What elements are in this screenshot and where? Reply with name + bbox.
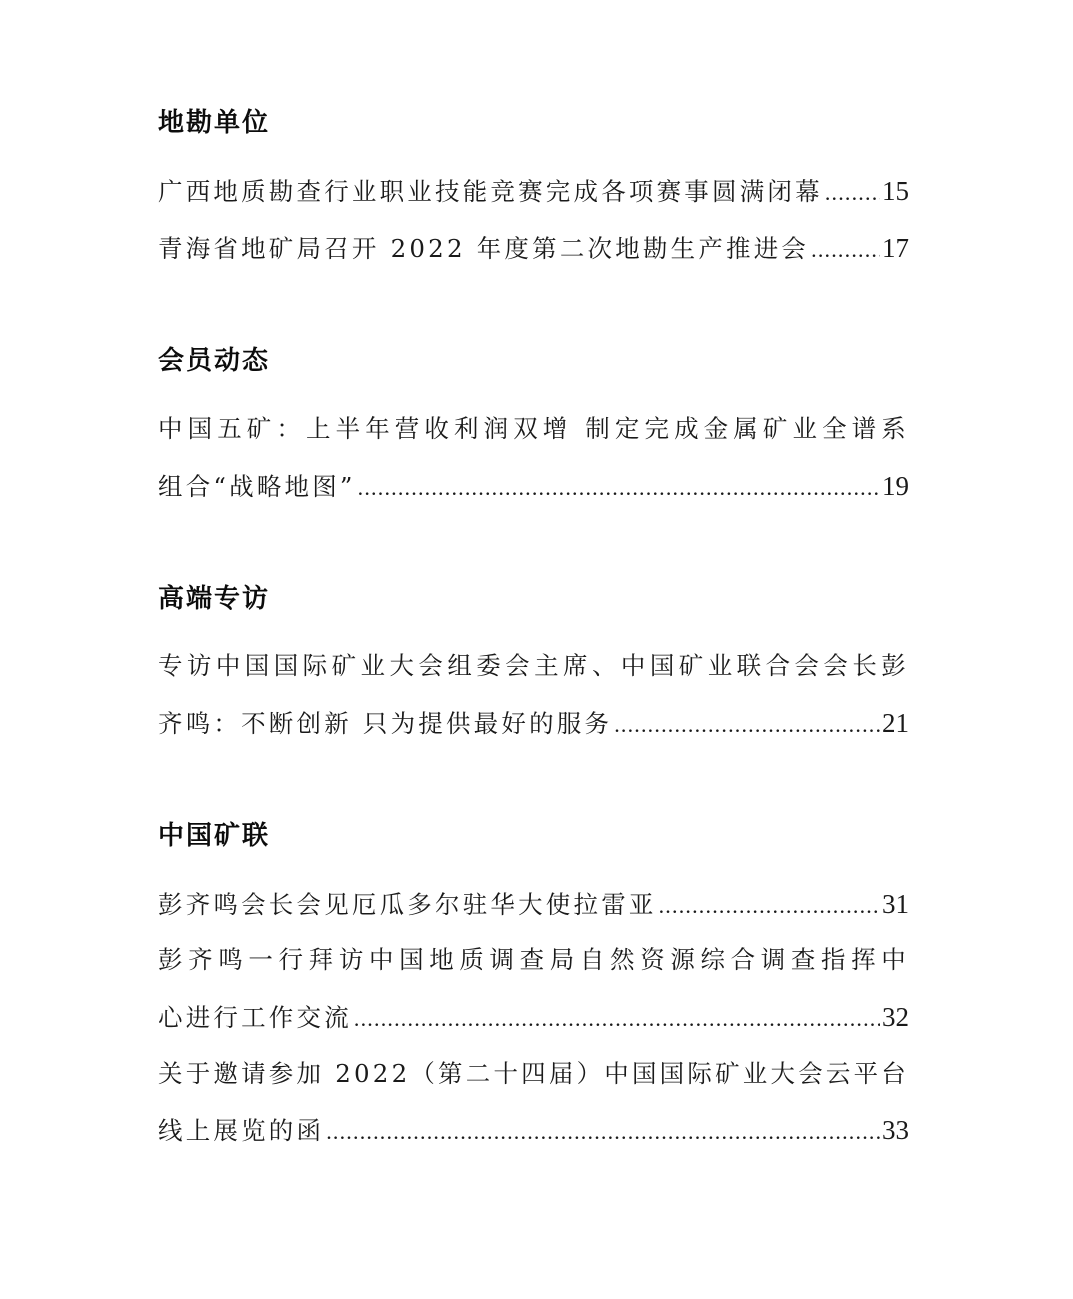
entry-title: 青海省地矿局召开 2022 年度第二次地勘生产推进会 [158, 231, 809, 267]
entry-title-line[interactable]: 关于邀请参加 2022（第二十四届）中国国际矿业大会云平台 [158, 1056, 909, 1092]
entry-title-line[interactable]: 中国五矿：上半年营收利润双增 制定完成金属矿业全谱系 [158, 411, 909, 447]
toc-entry[interactable]: 心进行工作交流 32 [158, 999, 909, 1035]
page-number: 33 [882, 1112, 909, 1148]
entry-title-line[interactable]: 专访中国国际矿业大会组委会主席、中国矿业联合会会长彭 [158, 648, 909, 684]
entry-title: 线上展览的函 [158, 1113, 324, 1149]
entry-title: 广西地质勘查行业职业技能竞赛完成各项赛事圆满闭幕 [158, 174, 823, 210]
section-title: 地勘单位 [158, 108, 270, 138]
toc-entry[interactable]: 广西地质勘查行业职业技能竞赛完成各项赛事圆满闭幕 15 [158, 173, 909, 209]
dot-leader [358, 470, 880, 506]
page-number: 21 [882, 705, 909, 741]
toc-entry[interactable]: 彭齐鸣会长会见厄瓜多尔驻华大使拉雷亚 31 [158, 886, 909, 922]
section-title: 会员动态 [158, 346, 270, 376]
toc-entry[interactable]: 齐鸣：不断创新 只为提供最好的服务 21 [158, 705, 909, 741]
toc-entry[interactable]: 青海省地矿局召开 2022 年度第二次地勘生产推进会 17 [158, 230, 909, 266]
entry-title: 组合“战略地图” [158, 469, 356, 505]
dot-leader [659, 888, 880, 924]
dot-leader [811, 232, 880, 268]
page-number: 17 [882, 230, 909, 266]
entry-title: 彭齐鸣会长会见厄瓜多尔驻华大使拉雷亚 [158, 887, 657, 923]
dot-leader [614, 707, 880, 743]
dot-leader [326, 1114, 880, 1150]
entry-title: 齐鸣：不断创新 只为提供最好的服务 [158, 706, 612, 742]
dot-leader [825, 175, 880, 211]
toc-entry[interactable]: 线上展览的函 33 [158, 1112, 909, 1148]
page-number: 15 [882, 173, 909, 209]
page-number: 19 [882, 468, 909, 504]
dot-leader [354, 1001, 880, 1037]
section-title: 中国矿联 [158, 821, 270, 851]
entry-title: 心进行工作交流 [158, 1000, 352, 1036]
toc-entry[interactable]: 组合“战略地图” 19 [158, 468, 909, 504]
section-title: 高端专访 [158, 584, 270, 614]
page-number: 32 [882, 999, 909, 1035]
page-number: 31 [882, 886, 909, 922]
entry-title-line[interactable]: 彭齐鸣一行拜访中国地质调查局自然资源综合调查指挥中 [158, 942, 909, 978]
